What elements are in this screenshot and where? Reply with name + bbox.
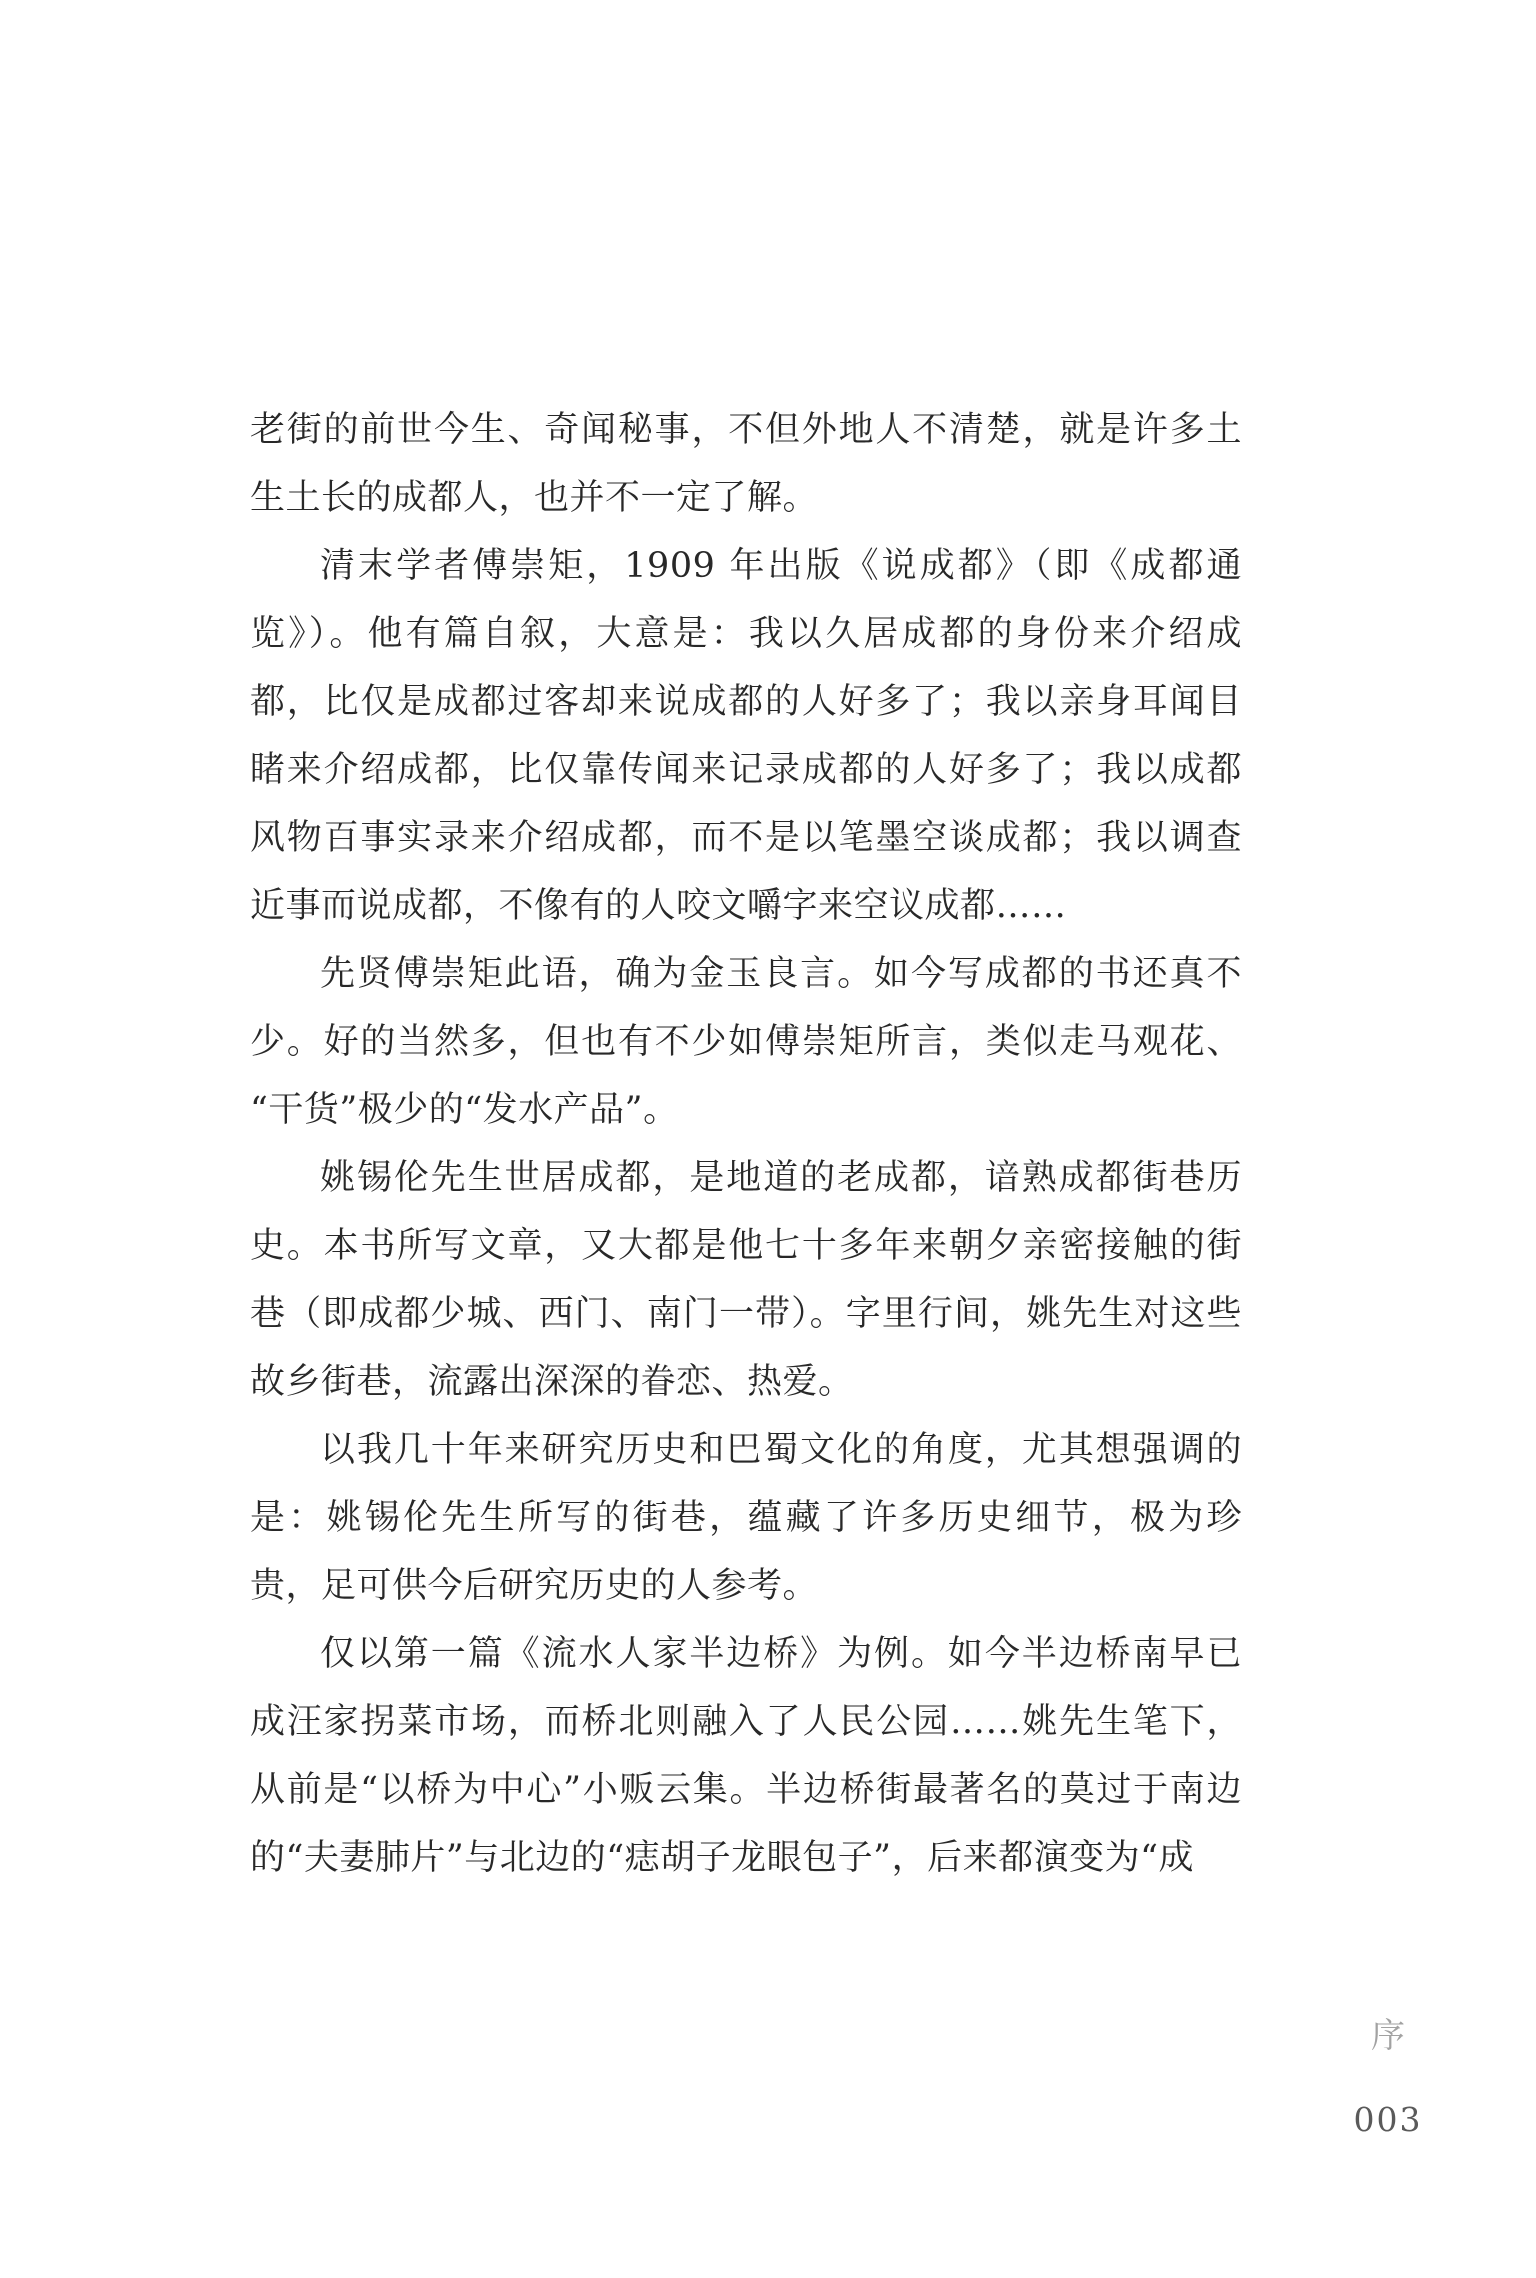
paragraph: 清末学者傅崇矩，1909 年出版《说成都》（即《成都通览》）。他有篇自叙，大意是…: [250, 532, 1242, 940]
paragraph: 姚锡伦先生世居成都，是地道的老成都，谙熟成都街巷历史。本书所写文章，又大都是他七…: [250, 1144, 1242, 1416]
paragraph: 先贤傅崇矩此语，确为金玉良言。如今写成都的书还真不少。好的当然多，但也有不少如傅…: [250, 940, 1242, 1144]
page-number: 003: [1344, 2100, 1432, 2140]
book-page: 老街的前世今生、奇闻秘事，不但外地人不清楚，就是许多土生土长的成都人，也并不一定…: [0, 0, 1536, 2278]
section-label: 序: [1352, 2016, 1424, 2056]
paragraph: 以我几十年来研究历史和巴蜀文化的角度，尤其想强调的是：姚锡伦先生所写的街巷，蕴藏…: [250, 1416, 1242, 1620]
paragraph-continuation: 老街的前世今生、奇闻秘事，不但外地人不清楚，就是许多土生土长的成都人，也并不一定…: [250, 396, 1242, 532]
paragraph: 仅以第一篇《流水人家半边桥》为例。如今半边桥南早已成汪家拐菜市场，而桥北则融入了…: [250, 1620, 1242, 1892]
preface-body-text: 老街的前世今生、奇闻秘事，不但外地人不清楚，就是许多土生土长的成都人，也并不一定…: [250, 396, 1242, 1892]
